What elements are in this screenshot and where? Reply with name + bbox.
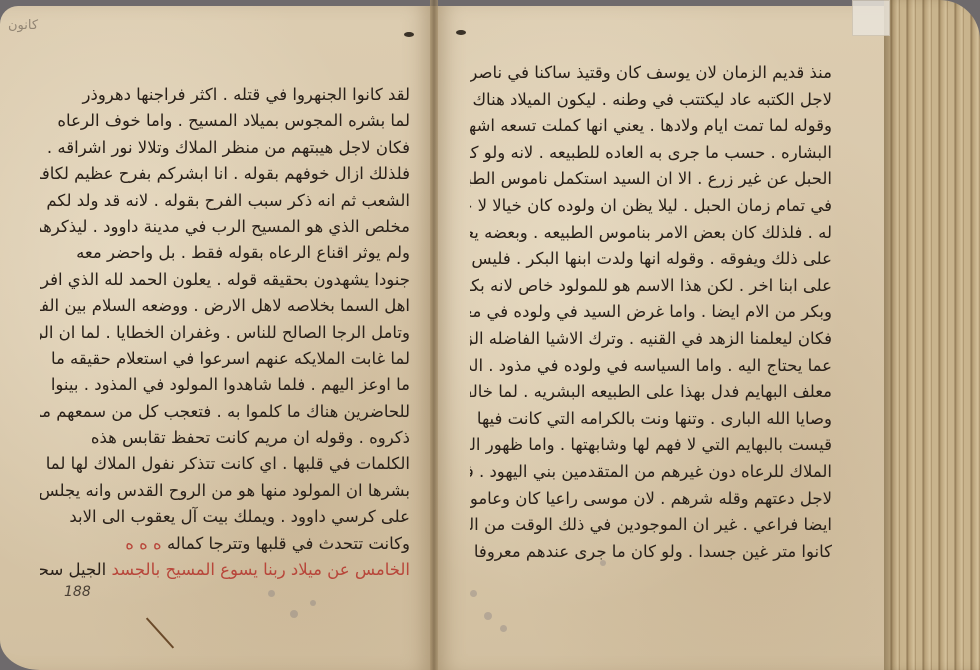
stain [484,612,492,620]
text-line: وبكر من الام ايضا . واما غرض السيد في ول… [470,299,832,326]
text-line-content: وكانت تتحدث في قلبها وتترجا كماله [167,534,410,553]
text-line: ايضا فراعي . غير ان الموجودين في ذلك الو… [470,512,832,539]
left-page-text: لقد كانوا الجنهروا في قتله . اكثر فراجنه… [40,82,410,583]
open-manuscript: كانون لقد كانوا الجنهروا في قتله . اكثر … [0,0,980,670]
text-line: للحاضرين هناك ما كلموا به . فتعجب كل من … [40,399,410,425]
text-line: له . فلذلك كان بعض الامر بناموس الطبيعه … [470,220,832,247]
text-line: لقد كانوا الجنهروا في قتله . اكثر فراجنه… [40,82,410,108]
book-gutter [430,0,438,670]
rubric-heading: الخامس عن ميلاد ربنا يسوع المسيح بالجسد [112,560,410,579]
stain [470,590,477,597]
stain [268,590,275,597]
rubric-heading-tail: الجيل سحر اطلب [40,560,106,579]
text-line: كانوا متر غين جسدا . ولو كان ما جرى عنده… [470,539,832,566]
binding-hole [404,32,414,37]
text-line: ما اوعز اليهم . فلما شاهدوا المولود في ا… [40,372,410,398]
text-line: منذ قديم الزمان لان يوسف كان وقتيذ ساكنا… [470,60,832,87]
text-line: وتامل الرجا الصالح للناس . وغفران الخطاي… [40,320,410,346]
text-line: مخلص الذي هو المسيح الرب في مدينة داوود … [40,214,410,240]
stain [500,625,507,632]
paper-tab-marker [852,0,890,36]
text-line: بشرها ان المولود منها هو من الروح القدس … [40,478,410,504]
text-line: عما يحتاج اليه . واما السياسه في ولوده ف… [470,353,832,380]
text-line: على ذلك ويفوقه . وقوله انها ولدت ابنها ا… [470,246,832,273]
text-line: وقوله لما تمت ايام ولادها . يعني انها كم… [470,113,832,140]
text-line: وصايا الله البارى . وتنها ونت بالكرامه ا… [470,406,832,433]
text-line: وكانت تتحدث في قلبها وتترجا كماله ه ه ه [40,531,410,557]
folio-number: 188 [64,584,91,600]
rubric-heading-line: الخامس عن ميلاد ربنا يسوع المسيح بالجسد … [40,557,410,583]
text-line: الشعب ثم انه ذكر سبب الفرح بقوله . لانه … [40,188,410,214]
text-line: لما بشره المجوس بميلاد المسيح . واما خوف… [40,108,410,134]
text-line: الملاك للرعاه دون غيرهم من المتقدمين بني… [470,459,832,486]
text-line: لاجل الكتبه عاد ليكتتب في وطنه . ليكون ا… [470,87,832,114]
text-line: لما غابت الملايكه عنهم اسرعوا في استعلام… [40,346,410,372]
text-line: قيست بالبهايم التي لا فهم لها وشابهتها .… [470,432,832,459]
right-page-text: منذ قديم الزمان لان يوسف كان وقتيذ ساكنا… [470,60,832,565]
page-edges-stack [884,0,980,670]
text-line: ذكروه . وقوله ان مريم كانت تحفظ تقابس هذ… [40,425,410,451]
stain [290,610,298,618]
text-line: اهل السما بخلاصه لاهل الارض . ووضعه السل… [40,293,410,319]
text-line: الحبل عن غير زرع . الا ان السيد استكمل ن… [470,166,832,193]
stain [310,600,316,606]
text-line: فكان لاجل هيبتهم من منظر الملاك وتلالا ن… [40,135,410,161]
text-line: على كرسي داوود . ويملك بيت آل يعقوب الى … [40,504,410,530]
text-line: على ابنا اخر . لكن هذا الاسم هو للمولود … [470,273,832,300]
text-line: في تمام زمان الحبل . ليلا يظن ان ولوده ك… [470,193,832,220]
text-line: البشاره . حسب ما جرى به العاده للطبيعه .… [470,140,832,167]
binding-hole [456,30,466,35]
text-line: فكان ليعلمنا الزهد في القنيه . وترك الاش… [470,326,832,353]
text-line: جنودا يشهدون بحقيقه قوله . يعلون الحمد ل… [40,267,410,293]
rubric-marks: ه ه ه [125,534,161,553]
text-line: لاجل دعتهم وقله شرهم . لان موسى راعيا كا… [470,486,832,513]
margin-note: كانون [8,18,38,33]
text-line: الكلمات في قلبها . اي كانت تتذكر نفول ال… [40,451,410,477]
text-line: ولم يوثر اقناع الرعاه بقوله فقط . بل واح… [40,240,410,266]
text-line: فلذلك ازال خوفهم بقوله . انا ابشركم بفرح… [40,161,410,187]
text-line: معلف البهايم فدل بهذا على الطبيعه البشري… [470,379,832,406]
